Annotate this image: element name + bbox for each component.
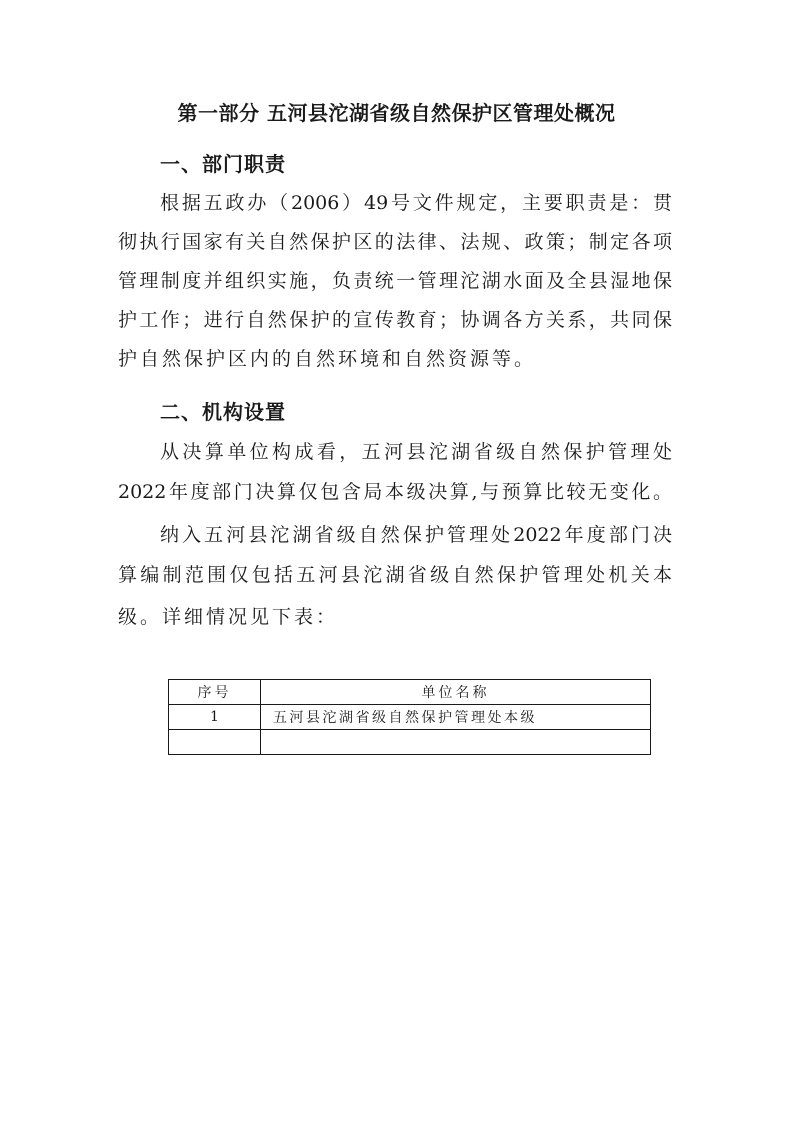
paragraph-line: 根据五政办（2006）49号文件规定，主要职责是：贯 (160, 188, 672, 215)
section-heading-structure: 二、机构设置 (160, 396, 286, 425)
table-row: 1 五河县沱湖省级自然保护管理处本级 (169, 705, 651, 730)
paragraph-line: 管理制度并组织实施，负责统一管理沱湖水面及全县湿地保 (118, 266, 672, 293)
paragraph-line: 护工作；进行自然保护的宣传教育；协调各方关系，共同保 (118, 305, 672, 332)
paragraph-line: 算编制范围仅包括五河县沱湖省级自然保护管理处机关本 (118, 560, 672, 587)
cell-index: 1 (169, 705, 261, 730)
paragraph-line: 纳入五河县沱湖省级自然保护管理处2022年度部门决 (160, 520, 672, 547)
paragraph-line: 级。详细情况见下表： (118, 602, 338, 629)
cell-index (169, 730, 261, 755)
unit-table: 序号 单位名称 1 五河县沱湖省级自然保护管理处本级 (168, 679, 651, 755)
paragraph-line: 2022年度部门决算仅包含局本级决算,与预算比较无变化。 (118, 477, 672, 504)
cell-unit-name: 五河县沱湖省级自然保护管理处本级 (261, 705, 651, 730)
paragraph-line: 护自然保护区内的自然环境和自然资源等。 (118, 344, 536, 371)
paragraph-line: 彻执行国家有关自然保护区的法律、法规、政策；制定各项 (118, 227, 672, 254)
paragraph-line: 从决算单位构成看，五河县沱湖省级自然保护管理处 (160, 437, 672, 464)
table-row (169, 730, 651, 755)
table-header-row: 序号 单位名称 (169, 680, 651, 705)
cell-unit-name (261, 730, 651, 755)
column-header-unit-name: 单位名称 (261, 680, 651, 705)
document-title: 第一部分 五河县沱湖省级自然保护区管理处概况 (0, 97, 793, 126)
section-heading-duties: 一、部门职责 (160, 148, 286, 177)
column-header-index: 序号 (169, 680, 261, 705)
